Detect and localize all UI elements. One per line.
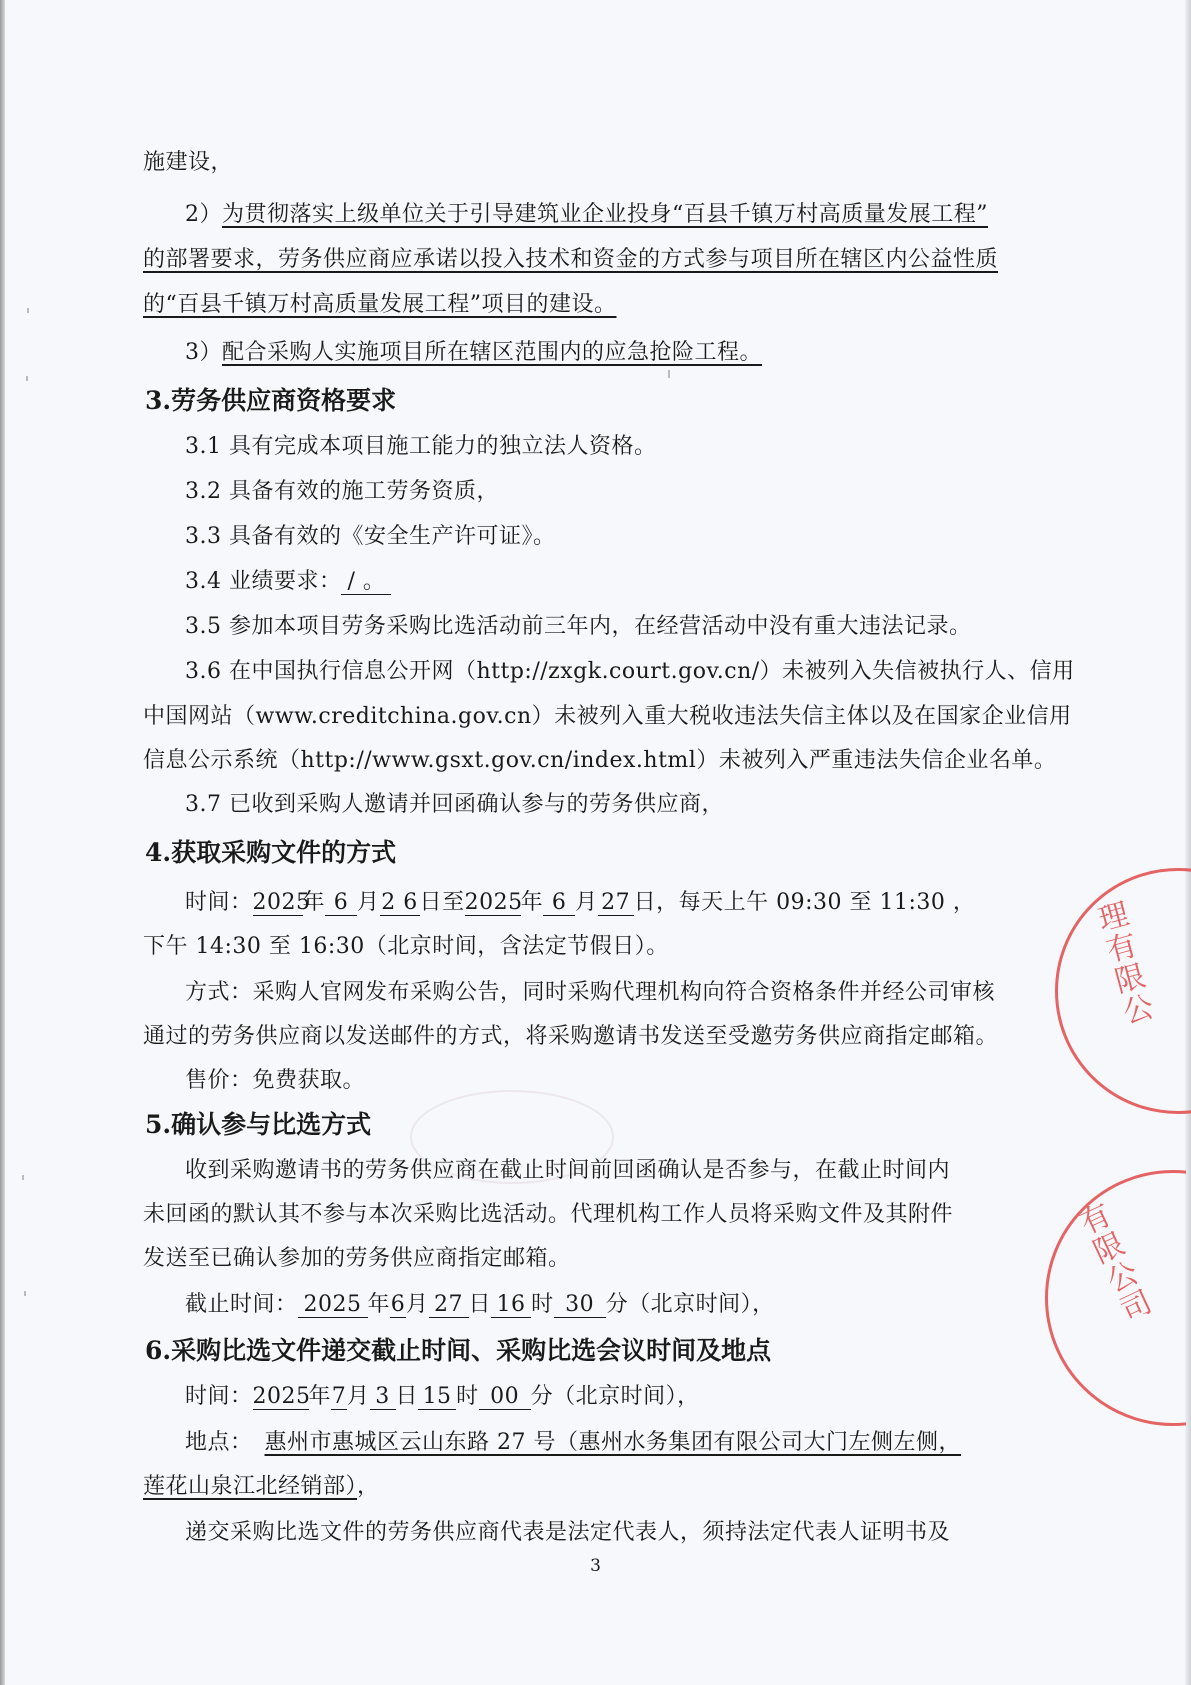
item-3-1: 3.1 具有完成本项目施工能力的独立法人资格。 bbox=[185, 432, 656, 462]
scan-left-edge bbox=[0, 0, 5, 1685]
scan-speck bbox=[668, 370, 670, 378]
section-6-heading: 6.采购比选文件递交截止时间、采购比选会议时间及地点 bbox=[145, 1336, 771, 1366]
page-number: 3 bbox=[0, 1556, 1191, 1576]
item-3: 3）配合采购人实施项目所在辖区范围内的应急抢险工程。 bbox=[185, 338, 762, 368]
item-3-5: 3.5 参加本项目劳务采购比选活动前三年内，在经营活动中没有重大违法记录。 bbox=[185, 612, 971, 642]
section-5-line-3: 发送至已确认参加的劳务供应商指定邮箱。 bbox=[143, 1244, 571, 1274]
section-4-heading: 4.获取采购文件的方式 bbox=[145, 838, 396, 868]
item-3-6-line-3: 信息公示系统（http://www.gsxt.gov.cn/index.html… bbox=[143, 746, 1056, 776]
section-3-heading: 3.劳务供应商资格要求 bbox=[145, 386, 396, 416]
section-5-heading: 5.确认参与比选方式 bbox=[145, 1110, 371, 1140]
item-3-4: 3.4 业绩要求：/ 。 bbox=[185, 567, 391, 597]
representative-line: 递交采购比选文件的劳务供应商代表是法定代表人，须持法定代表人证明书及 bbox=[185, 1518, 950, 1548]
price: 售价：免费获取。 bbox=[185, 1066, 365, 1096]
item-2-line-1: 2）为贯彻落实上级单位关于引导建筑业企业投身“百县千镇万村高质量发展工程” bbox=[185, 200, 988, 230]
method-line-2: 通过的劳务供应商以发送邮件的方式，将采购邀请书发送至受邀劳务供应商指定邮箱。 bbox=[143, 1022, 998, 1052]
section-5-line-1: 收到采购邀请书的劳务供应商在截止时间前回函确认是否参与，在截止时间内 bbox=[185, 1156, 950, 1186]
item-2-line-2: 的部署要求，劳务供应商应承诺以投入技术和资金的方式参与项目所在辖区内公益性质 bbox=[143, 245, 998, 275]
scan-speck bbox=[27, 308, 29, 313]
scan-speck bbox=[26, 376, 28, 381]
section-5-line-2: 未回函的默认其不参与本次采购比选活动。代理机构工作人员将采购文件及其附件 bbox=[143, 1200, 953, 1230]
acquisition-time-line: 时间：2025年6月2 6日至2025年6月27日，每天上午 09:30 至 1… bbox=[185, 888, 975, 918]
meeting-place-line-1: 地点：惠州市惠城区云山东路 27 号（惠州水务集团有限公司大门左侧左侧， bbox=[185, 1428, 961, 1458]
scan-right-edge bbox=[1185, 0, 1191, 1685]
method-line-1: 方式：采购人官网发布采购公告，同时采购代理机构向符合资格条件并经公司审核 bbox=[185, 978, 995, 1008]
item-3-6-line-2: 中国网站（www.creditchina.gov.cn）未被列入重大税收违法失信… bbox=[143, 702, 1072, 732]
continuation-text: 施建设， bbox=[143, 148, 233, 178]
deadline-line: 截止时间：2025年6月27日16时30分（北京时间）， bbox=[185, 1290, 775, 1320]
performance-value: / 。 bbox=[341, 570, 391, 595]
item-2-line-3: 的“百县千镇万村高质量发展工程”项目的建设。 bbox=[143, 290, 617, 320]
item-3-3: 3.3 具备有效的《安全生产许可证》。 bbox=[185, 522, 555, 552]
meeting-time-line: 时间：2025年7月3日15时00分（北京时间）， bbox=[185, 1382, 700, 1412]
item-3-6-line-1: 3.6 在中国执行信息公开网（http://zxgk.court.gov.cn/… bbox=[185, 657, 1075, 687]
afternoon-hours: 下午 14:30 至 16:30（北京时间，含法定节假日）。 bbox=[143, 932, 669, 962]
item-3-7: 3.7 已收到采购人邀请并回函确认参与的劳务供应商， bbox=[185, 790, 724, 820]
item-3-2: 3.2 具备有效的施工劳务资质， bbox=[185, 477, 499, 507]
scan-speck bbox=[22, 1175, 24, 1180]
scan-speck bbox=[24, 1291, 26, 1296]
meeting-place-line-2: 莲花山泉江北经销部）， bbox=[143, 1472, 380, 1502]
